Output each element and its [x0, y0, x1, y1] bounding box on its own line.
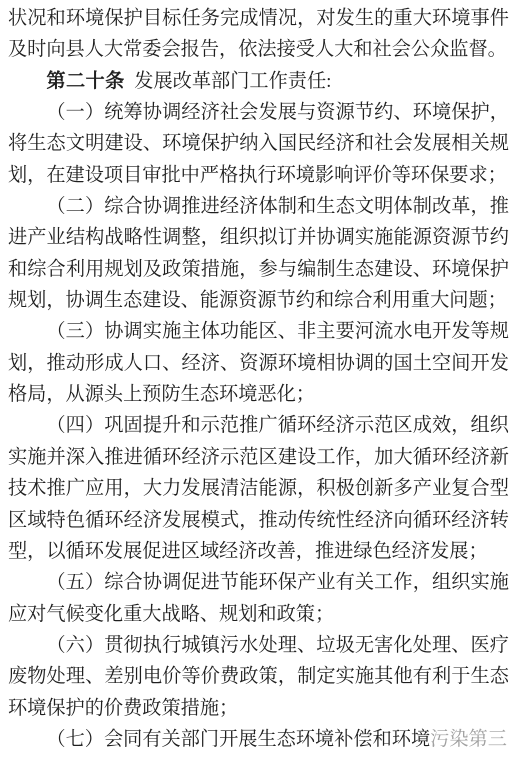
paragraph-continuation: 状况和环境保护目标任务完成情况，对发生的重大环境事件及时向县人大常委会报告，依法… [8, 3, 509, 66]
list-item-6: （六）贯彻执行城镇污水处理、垃圾无害化处理、医疗废物处理、差别电价等价费政策，制… [8, 630, 509, 724]
article-number: 第二十条 [46, 71, 124, 92]
article-heading: 第二十条发展改革部门工作责任: [8, 66, 509, 97]
document-page: 状况和环境保护目标任务完成情况，对发生的重大环境事件及时向县人大常委会报告，依法… [0, 0, 516, 760]
list-item-4: （四）巩固提升和示范推广循环经济示范区成效，组织实施并深入推进循环经济示范区建设… [8, 410, 509, 567]
list-item-1: （一）统筹协调经济社会发展与资源节约、环境保护，将生态文明建设、环境保护纳入国民… [8, 97, 509, 191]
list-item-7-text: （七）会同有关部门开展生态环境补偿和环境 [46, 729, 430, 750]
list-item-3: （三）协调实施主体功能区、非主要河流水电开发等规划，推动形成人口、经济、资源环境… [8, 316, 509, 410]
article-title: 发展改革部门工作责任: [134, 71, 331, 92]
list-item-5: （五）综合协调促进节能环保产业有关工作，组织实施应对气候变化重大战略、规划和政策… [8, 567, 509, 630]
list-item-2: （二）综合协调推进经济体制和生态文明体制改革，推进产业结构战略性调整，组织拟订并… [8, 191, 509, 316]
list-item-7-faded-text: 污染第三 [430, 729, 507, 750]
list-item-7: （七）会同有关部门开展生态环境补偿和环境污染第三 [8, 724, 509, 755]
